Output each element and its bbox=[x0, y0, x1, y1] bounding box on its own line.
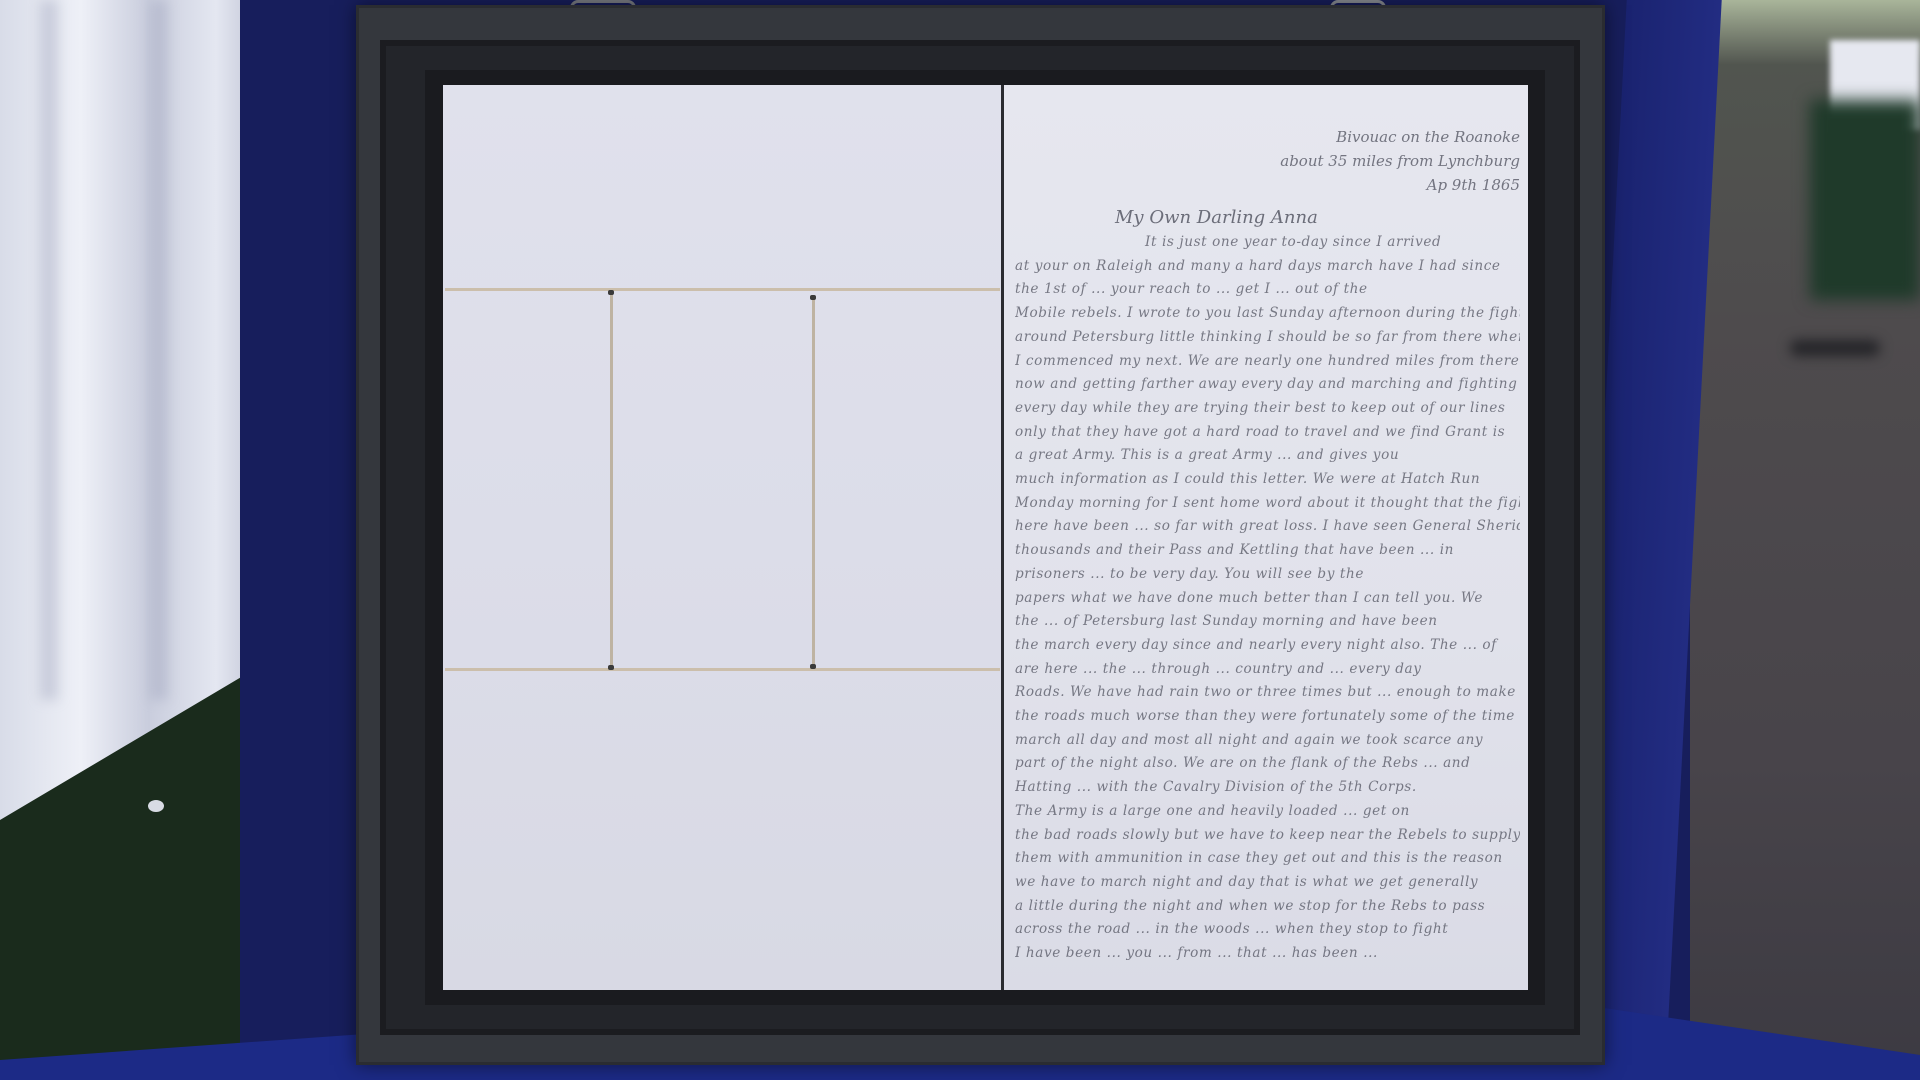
letter-heading-distance: about 35 miles from Lynchburg bbox=[1015, 149, 1520, 173]
letter-salutation: My Own Darling Anna bbox=[1115, 205, 1520, 231]
letter-line: I commenced my next. We are nearly one h… bbox=[1015, 350, 1520, 374]
letter-line: prisoners ... to be very day. You will s… bbox=[1015, 563, 1520, 587]
fold-line bbox=[812, 296, 815, 668]
fold-line bbox=[610, 292, 613, 668]
letter-line: much information as I could this letter.… bbox=[1015, 468, 1520, 492]
letter-line: are here ... the ... through ... country… bbox=[1015, 658, 1520, 682]
letter-heading-date: Ap 9th 1865 bbox=[1015, 173, 1520, 197]
fold-pinhole bbox=[810, 664, 816, 669]
letter-line: march all day and most all night and aga… bbox=[1015, 729, 1520, 753]
letter-line: them with ammunition in case they get ou… bbox=[1015, 847, 1520, 871]
letter-line: the march every day since and nearly eve… bbox=[1015, 634, 1520, 658]
letter-line: here have been ... so far with great los… bbox=[1015, 515, 1520, 539]
letter-line: It is just one year to-day since I arriv… bbox=[1015, 231, 1520, 255]
letter-line: thousands and their Pass and Kettling th… bbox=[1015, 539, 1520, 563]
letter-blank-page bbox=[443, 85, 1003, 990]
fold-line bbox=[445, 668, 1000, 671]
letter-heading-place: Bivouac on the Roanoke bbox=[1015, 125, 1520, 149]
curtain-fold bbox=[40, 0, 58, 700]
letter-line: every day while they are trying their be… bbox=[1015, 397, 1520, 421]
letter-line: a little during the night and when we st… bbox=[1015, 895, 1520, 919]
fold-pinhole bbox=[810, 295, 816, 300]
letter-line: across the road ... in the woods ... whe… bbox=[1015, 918, 1520, 942]
letter-line: Hatting ... with the Cavalry Division of… bbox=[1015, 776, 1520, 800]
page-divider bbox=[1001, 85, 1004, 990]
letter-line: the bad roads slowly but we have to keep… bbox=[1015, 824, 1520, 848]
letter-line: Roads. We have had rain two or three tim… bbox=[1015, 681, 1520, 705]
grommet bbox=[148, 800, 164, 812]
letter-line: only that they have got a hard road to t… bbox=[1015, 421, 1520, 445]
letter-line: now and getting farther away every day a… bbox=[1015, 373, 1520, 397]
letter-line: a great Army. This is a great Army ... a… bbox=[1015, 444, 1520, 468]
background-shadow bbox=[1790, 340, 1880, 356]
letter-line: Mobile rebels. I wrote to you last Sunda… bbox=[1015, 302, 1520, 326]
letter-line: the roads much worse than they were fort… bbox=[1015, 705, 1520, 729]
letter-line: The Army is a large one and heavily load… bbox=[1015, 800, 1520, 824]
letter-line: Monday morning for I sent home word abou… bbox=[1015, 492, 1520, 516]
letter-line: at your on Raleigh and many a hard days … bbox=[1015, 255, 1520, 279]
letter-line: the 1st of ... your reach to ... get I .… bbox=[1015, 278, 1520, 302]
letter-line: I have been ... you ... from ... that ..… bbox=[1015, 942, 1520, 966]
letter-line: part of the night also. We are on the fl… bbox=[1015, 752, 1520, 776]
fold-pinhole bbox=[608, 290, 614, 295]
curtain-fold bbox=[150, 0, 168, 700]
letter-line: we have to march night and day that is w… bbox=[1015, 871, 1520, 895]
background-green-cloth bbox=[1810, 100, 1920, 300]
letter-line: around Petersburg little thinking I shou… bbox=[1015, 326, 1520, 350]
fold-line bbox=[445, 288, 1000, 291]
letter-line: the ... of Petersburg last Sunday mornin… bbox=[1015, 610, 1520, 634]
handwritten-letter: Bivouac on the Roanoke about 35 miles fr… bbox=[1015, 125, 1520, 985]
letter-line: papers what we have done much better tha… bbox=[1015, 587, 1520, 611]
fold-pinhole bbox=[608, 665, 614, 670]
